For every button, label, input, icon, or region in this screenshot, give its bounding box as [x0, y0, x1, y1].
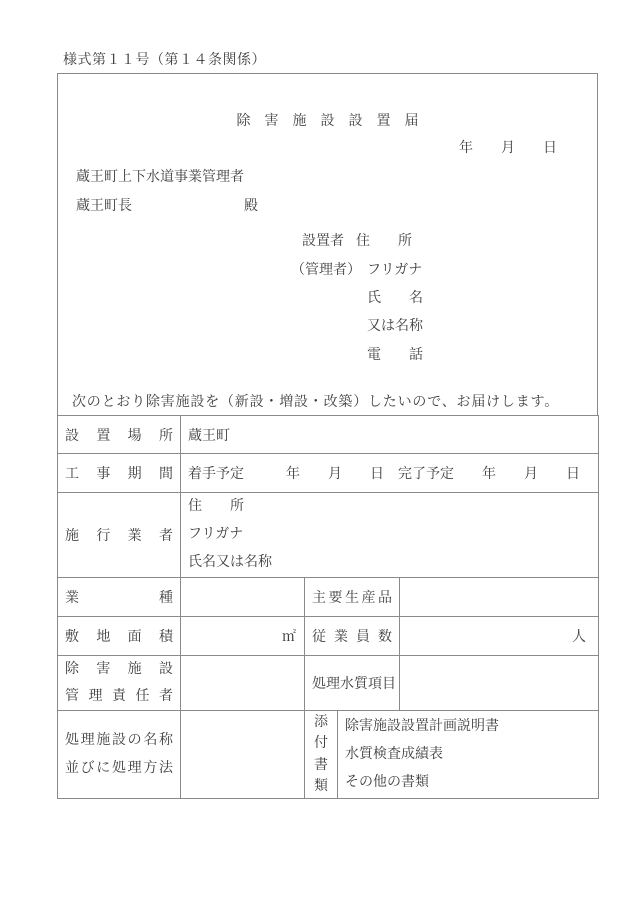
- period-value: 着手予定 年 月 日 完了予定 年 月 日: [181, 454, 599, 493]
- contractor-fields: 住 所 フリガナ 氏名又は名称: [181, 493, 599, 578]
- table-row-industry: 業種 主要生産品: [58, 578, 599, 617]
- applicant-row-address: 設置者 住 所: [291, 226, 423, 254]
- employees-unit: 人: [400, 617, 599, 656]
- form-title: 除 害 施 設 設 置 届: [58, 110, 597, 130]
- applicant-field-address: 住 所: [356, 230, 412, 250]
- treatment-label-line2: 並びに処理方法: [65, 755, 173, 783]
- date-placeholder: 年 月 日: [459, 137, 557, 157]
- industry-value: [181, 578, 305, 617]
- document-page: 様式第１１号（第１４条関係） 除 害 施 設 設 置 届 年 月 日 蔵王町上下…: [0, 0, 630, 903]
- main-products-label: 主要生産品: [305, 578, 400, 617]
- table-row-contractor: 施行業者 住 所 フリガナ 氏名又は名称: [58, 493, 599, 578]
- table-row-manager: 除害施設 管理責任者 処理水質項目: [58, 656, 599, 711]
- contractor-field-address: 住 所: [188, 493, 591, 521]
- applicant-field-org-name: 又は名称: [367, 315, 423, 335]
- contractor-field-name: 氏名又は名称: [188, 549, 591, 577]
- water-quality-label: 処理水質項目: [305, 656, 400, 711]
- attachment-item-other: その他の書類: [345, 769, 591, 797]
- form-box: 除 害 施 設 設 置 届 年 月 日 蔵王町上下水道事業管理者 蔵王町長 殿 …: [57, 73, 598, 799]
- site-area-unit: ㎡: [181, 617, 305, 656]
- treatment-label-line1: 処理施設の名称: [65, 727, 173, 755]
- main-products-value: [400, 578, 599, 617]
- form-header-section: 除 害 施 設 設 置 届 年 月 日 蔵王町上下水道事業管理者 蔵王町長 殿 …: [57, 73, 598, 415]
- addressee-organization: 蔵王町上下水道事業管理者: [76, 166, 244, 186]
- attachments-label-char3: 書: [312, 755, 330, 777]
- employees-label: 従業員数: [305, 617, 400, 656]
- treatment-value: [181, 711, 305, 799]
- applicant-row-org-name: 又は名称: [291, 311, 423, 339]
- attachment-item-test-results: 水質検査成績表: [345, 741, 591, 769]
- applicant-field-name: 氏 名: [367, 287, 423, 307]
- applicant-block: 設置者 住 所 （管理者） フリガナ 氏 名 又は名称 電 話: [291, 226, 423, 368]
- manager-label-line2: 管理責任者: [65, 683, 173, 710]
- applicant-row-phone: 電 話: [291, 340, 423, 368]
- industry-label: 業種: [58, 578, 181, 617]
- water-quality-value: [400, 656, 599, 711]
- contractor-field-furigana: フリガナ: [188, 521, 591, 549]
- period-label: 工事期間: [58, 454, 181, 493]
- table-row-area: 敷地面積 ㎡ 従業員数 人: [58, 617, 599, 656]
- attachment-item-plan: 除害施設設置計画説明書: [345, 713, 591, 741]
- location-label: 設置場所: [58, 416, 181, 454]
- applicant-role-label: 設置者: [291, 230, 356, 250]
- applicant-row-furigana: （管理者） フリガナ: [291, 254, 423, 282]
- addressee-person: 蔵王町長 殿: [76, 195, 258, 215]
- applicant-field-furigana: フリガナ: [367, 259, 422, 279]
- table-row-period: 工事期間 着手予定 年 月 日 完了予定 年 月 日: [58, 454, 599, 493]
- manager-label: 除害施設 管理責任者: [58, 656, 181, 711]
- treatment-label: 処理施設の名称 並びに処理方法: [58, 711, 181, 799]
- attachments-label-char2: 付: [312, 733, 330, 755]
- contractor-label: 施行業者: [58, 493, 181, 578]
- location-value: 蔵王町: [181, 416, 599, 454]
- manager-value: [181, 656, 305, 711]
- form-table: 設置場所 蔵王町 工事期間 着手予定 年 月 日 完了予定 年 月 日 施行業者…: [57, 415, 599, 799]
- manager-label-line1: 除害施設: [65, 656, 173, 683]
- attachments-label-char4: 類: [312, 776, 330, 798]
- applicant-field-phone: 電 話: [367, 344, 423, 364]
- site-area-label: 敷地面積: [58, 617, 181, 656]
- form-code: 様式第１１号（第１４条関係）: [63, 49, 266, 69]
- applicant-row-name: 氏 名: [291, 283, 423, 311]
- table-row-location: 設置場所 蔵王町: [58, 416, 599, 454]
- declaration-sentence: 次のとおり除害施設を（新設・増設・改築）したいので、お届けします。: [72, 391, 559, 411]
- applicant-role-alt-label: （管理者）: [291, 259, 367, 279]
- attachments-label: 添 付 書 類: [305, 711, 338, 799]
- table-row-treatment: 処理施設の名称 並びに処理方法 添 付 書 類 除害施設設置計画説明書 水質検査…: [58, 711, 599, 799]
- attachments-list: 除害施設設置計画説明書 水質検査成績表 その他の書類: [338, 711, 599, 799]
- attachments-label-char1: 添: [312, 712, 330, 734]
